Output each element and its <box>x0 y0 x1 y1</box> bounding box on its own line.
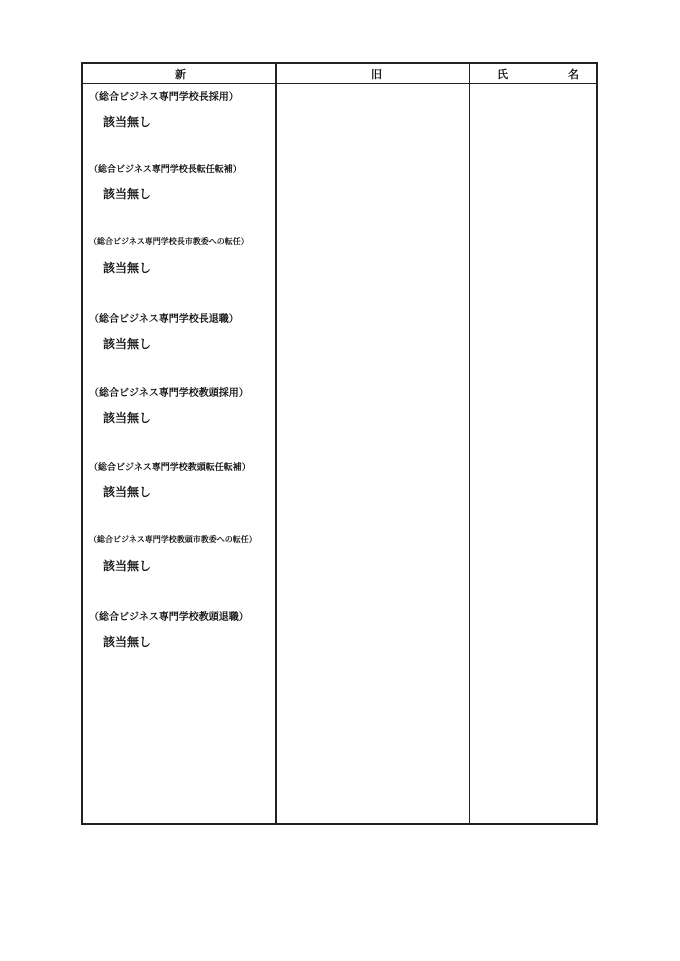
section: （総合ビジネス専門学校教頭退職） 該当無し <box>89 608 249 650</box>
section-title: （総合ビジネス専門学校教頭採用） <box>89 384 249 399</box>
section-title: （総合ビジネス専門学校教頭退職） <box>89 608 249 623</box>
personnel-table: 新 旧 氏 名 （総合ビジネス専門学校長採用） 該当無し （総合ビジネス専門学校… <box>81 62 598 825</box>
section-value: 該当無し <box>103 259 249 276</box>
header-new: 新 <box>175 66 186 82</box>
section-value: 該当無し <box>103 557 257 574</box>
section-value: 該当無し <box>103 185 242 202</box>
section: （総合ビジネス専門学校長転任転補） 該当無し <box>89 162 242 202</box>
section-title: （総合ビジネス専門学校長退職） <box>89 310 239 325</box>
section-value: 該当無し <box>103 335 239 352</box>
section-title: （総合ビジネス専門学校長転任転補） <box>89 162 242 175</box>
section-value: 該当無し <box>103 409 249 426</box>
section-value: 該当無し <box>103 483 251 500</box>
section: （総合ビジネス専門学校長採用） 該当無し <box>89 88 239 130</box>
section-value: 該当無し <box>103 633 249 650</box>
section-value: 該当無し <box>103 113 239 130</box>
section: （総合ビジネス専門学校教頭転任転補） 該当無し <box>89 460 251 500</box>
header-name-2: 名 <box>568 66 579 82</box>
section-title: （総合ビジネス専門学校長市教委への転任） <box>89 236 249 247</box>
header-name-1: 氏 <box>497 66 508 82</box>
section: （総合ビジネス専門学校長市教委への転任） 該当無し <box>89 236 249 276</box>
section-title: （総合ビジネス専門学校教頭市教委への転任） <box>89 534 257 545</box>
column-divider <box>275 64 277 823</box>
section-title: （総合ビジネス専門学校長採用） <box>89 88 239 103</box>
table-header: 新 旧 氏 名 <box>83 64 596 84</box>
column-divider <box>469 64 470 823</box>
section: （総合ビジネス専門学校長退職） 該当無し <box>89 310 239 352</box>
section: （総合ビジネス専門学校教頭市教委への転任） 該当無し <box>89 534 257 574</box>
section-title: （総合ビジネス専門学校教頭転任転補） <box>89 460 251 473</box>
section: （総合ビジネス専門学校教頭採用） 該当無し <box>89 384 249 426</box>
header-old: 旧 <box>371 66 382 82</box>
